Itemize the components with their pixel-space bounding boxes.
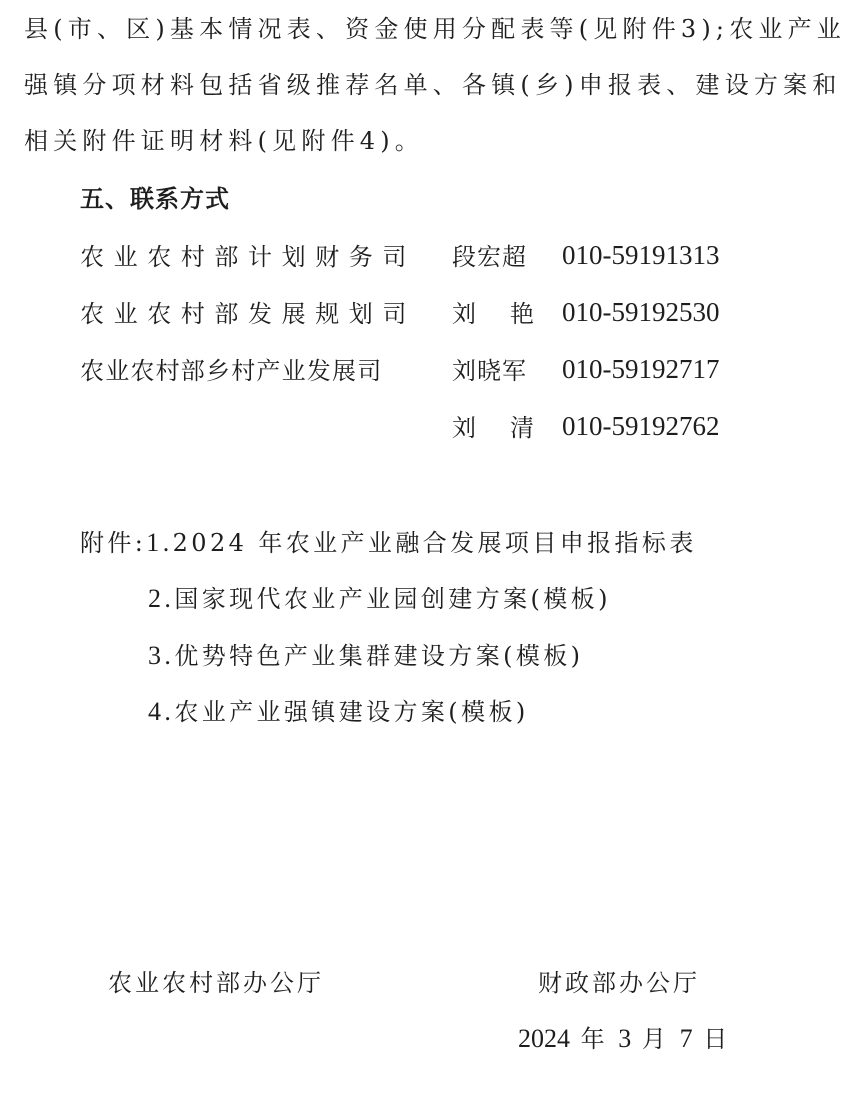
attachment-item-4: 4.农业产业强镇建设方案(模板) [148,697,529,727]
contact-phone: 010-59192762 [562,411,720,441]
attachment-label: 附件: [80,529,146,557]
attachment-number: 3. [148,641,174,670]
paragraph-line-1: 县(市、区)基本情况表、资金使用分配表等(见附件3);农业产业 [24,14,846,44]
signature-right: 财政部办公厅 [538,968,700,998]
attachment-title: 2024 年农业产业融合发展项目申报指标表 [173,529,697,557]
date-year: 2024 [518,1024,570,1053]
attachment-number: 1. [146,528,172,557]
attachment-item-1: 附件:1.2024 年农业产业融合发展项目申报指标表 [80,528,697,558]
attachment-item-2: 2.国家现代农业产业园创建方案(模板) [148,584,611,614]
contact-phone: 010-59192717 [562,354,720,384]
contact-name: 刘清 [452,413,568,443]
date-day-unit: 日 [703,1025,730,1053]
contact-name: 刘晓军 [452,356,527,386]
date-day: 7 [680,1024,693,1053]
contact-name: 段宏超 [452,242,527,272]
date-month-unit: 月 [642,1025,669,1053]
attachment-title: 农业产业强镇建设方案(模板) [174,698,528,726]
signature-left: 农业农村部办公厅 [108,968,324,998]
attachment-number: 2. [148,584,174,613]
date-month: 3 [618,1024,631,1053]
section-heading-contact: 五、联系方式 [80,184,230,214]
contact-phone: 010-59191313 [562,240,720,270]
paragraph-line-3: 相关附件证明材料(见附件4)。 [24,126,424,156]
attachment-number: 4. [148,697,174,726]
contact-department: 农业农村部乡村产业发展司 [80,356,382,386]
contact-department: 农业农村部发展规划司 [80,299,416,329]
contact-name: 刘艳 [452,299,568,329]
attachment-title: 国家现代农业产业园创建方案(模板) [174,585,611,613]
attachment-title: 优势特色产业集群建设方案(模板) [174,642,583,670]
document-date: 2024 年 3 月 7 日 [518,1024,730,1054]
date-year-unit: 年 [581,1025,608,1053]
attachment-item-3: 3.优势特色产业集群建设方案(模板) [148,641,583,671]
contact-department: 农业农村部计划财务司 [80,242,416,272]
paragraph-line-2: 强镇分项材料包括省级推荐名单、各镇(乡)申报表、建设方案和 [24,70,842,100]
contact-phone: 010-59192530 [562,297,720,327]
